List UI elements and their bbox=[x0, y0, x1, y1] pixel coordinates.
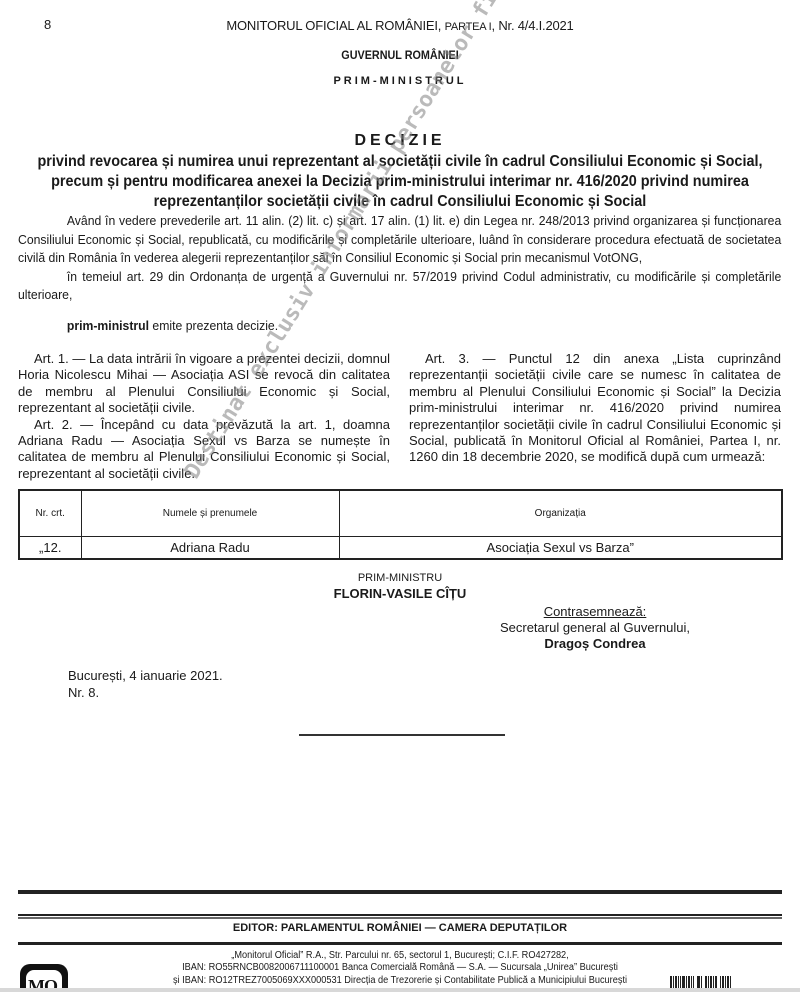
signatory-name: FLORIN-VASILE CÎȚU bbox=[0, 586, 800, 601]
countersign-role: Secretarul general al Guvernului, bbox=[470, 620, 720, 636]
table-cell-organization: Asociația Sexul vs Barza” bbox=[339, 537, 782, 560]
running-head-issue: , Nr. 4/4.I.2021 bbox=[492, 18, 574, 33]
article-1: Art. 1. — La data intrării în vigoare a … bbox=[18, 351, 390, 417]
viewer-bottom-edge bbox=[0, 988, 800, 992]
table-cell-name: Adriana Radu bbox=[81, 537, 339, 560]
imprint-line: IBAN: RO55RNCB0082006711100001 Banca Com… bbox=[124, 962, 676, 974]
footer-rule bbox=[18, 890, 782, 894]
emits-subject: prim-ministrul bbox=[67, 318, 149, 333]
countersignature-block: Contrasemnează: Secretarul general al Gu… bbox=[470, 604, 720, 652]
footer-rule bbox=[18, 917, 782, 919]
table-header-cell: Nr. crt. bbox=[19, 490, 81, 537]
table-cell-number: „12. bbox=[19, 537, 81, 560]
place-date-block: București, 4 ianuarie 2021. Nr. 8. bbox=[68, 667, 223, 701]
imprint-block: „Monitorul Oficial” R.A., Str. Parcului … bbox=[124, 950, 676, 987]
countersign-label: Contrasemnează: bbox=[470, 604, 720, 620]
countersign-name: Dragoș Condrea bbox=[470, 636, 720, 652]
table-header-cell: Numele și prenumele bbox=[81, 490, 339, 537]
decision-number: Nr. 8. bbox=[68, 684, 223, 701]
footer-rule bbox=[18, 942, 782, 945]
signatory-title: PRIM-MINISTRU bbox=[0, 572, 800, 584]
barcode-icon bbox=[670, 976, 750, 988]
running-head: MONITORUL OFICIAL AL ROMÂNIEI, PARTEA I,… bbox=[0, 18, 800, 33]
office-heading: PRIM-MINISTRUL bbox=[0, 75, 800, 87]
preamble-paragraph: Având în vedere prevederile art. 11 alin… bbox=[18, 212, 781, 268]
emits-statement: prim-ministrul emite prezenta decizie. bbox=[18, 317, 781, 336]
imprint-line: și IBAN: RO12TREZ7005069XXX000531 Direcț… bbox=[124, 975, 676, 987]
issuer-heading: GUVERNUL ROMÂNIEI bbox=[40, 48, 760, 62]
articles-right-column: Art. 3. — Punctul 12 din anexa „Lista cu… bbox=[409, 351, 781, 466]
annex-table: Nr. crt. Numele și prenumele Organizația… bbox=[18, 489, 783, 560]
imprint-line: „Monitorul Oficial” R.A., Str. Parcului … bbox=[124, 950, 676, 962]
footer-rule bbox=[18, 914, 782, 916]
place-date: București, 4 ianuarie 2021. bbox=[68, 667, 223, 684]
table-row: „12. Adriana Radu Asociația Sexul vs Bar… bbox=[19, 537, 782, 560]
running-head-main: MONITORUL OFICIAL AL ROMÂNIEI, bbox=[226, 18, 444, 33]
table-header-cell: Organizația bbox=[339, 490, 782, 537]
emits-text: emite prezenta decizie. bbox=[149, 318, 278, 333]
preamble: Având în vedere prevederile art. 11 alin… bbox=[18, 212, 781, 335]
table-header-row: Nr. crt. Numele și prenumele Organizația bbox=[19, 490, 782, 537]
article-3: Art. 3. — Punctul 12 din anexa „Lista cu… bbox=[409, 351, 781, 466]
editor-line: EDITOR: PARLAMENTUL ROMÂNIEI — CAMERA DE… bbox=[0, 922, 800, 934]
preamble-paragraph: în temeiul art. 29 din Ordonanța de urge… bbox=[18, 268, 781, 305]
end-separator bbox=[299, 734, 505, 736]
